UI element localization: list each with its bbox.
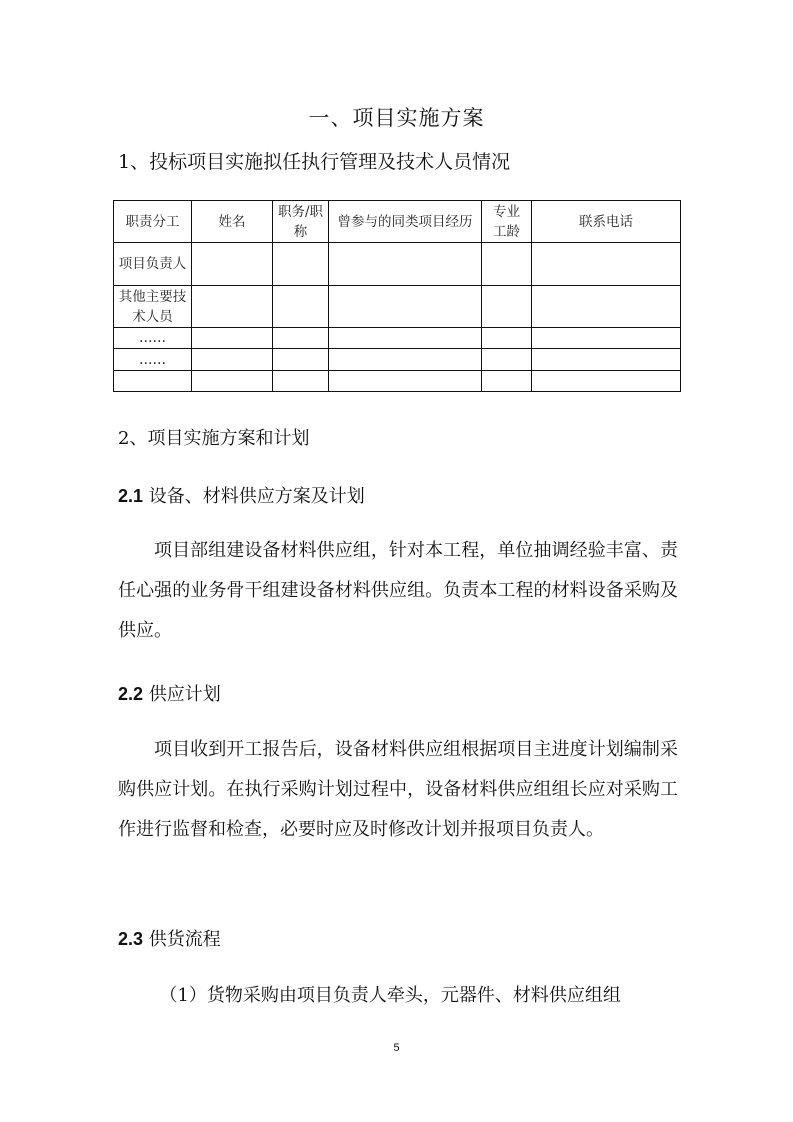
table-cell (532, 371, 681, 392)
table-cell (532, 243, 681, 286)
subsection-number: 2.3 (118, 929, 143, 949)
table-row: …… (114, 349, 681, 371)
table-cell (273, 243, 329, 286)
subsection-2-2-heading: 2.2 供应计划 (118, 680, 221, 706)
table-cell: …… (114, 328, 192, 349)
header-cell-years: 专业工龄 (482, 201, 532, 243)
table-row (114, 371, 681, 392)
table-cell (273, 349, 329, 371)
subsection-2-2-body: 项目收到开工报告后，设备材料供应组根据项目主进度计划编制采购供应计划。在执行采购… (118, 730, 678, 850)
table-cell (192, 371, 273, 392)
section-2-heading: 2、项目实施方案和计划 (118, 424, 309, 450)
subsection-number: 2.1 (118, 486, 143, 506)
page-number: 5 (0, 1042, 793, 1054)
table-cell (482, 349, 532, 371)
subsection-2-1-body: 项目部组建设备材料供应组，针对本工程，单位抽调经验丰富、责任心强的业务骨干组建设… (118, 531, 678, 651)
document-page: 一、项目实施方案 1、投标项目实施拟任执行管理及技术人员情况 职责分工 姓名 职… (0, 0, 793, 1122)
header-cell-title: 职务/职称 (273, 201, 329, 243)
table-cell (273, 328, 329, 349)
table-header-row: 职责分工 姓名 职务/职称 曾参与的同类项目经历 专业工龄 联系电话 (114, 201, 681, 243)
table-cell (329, 349, 482, 371)
table-cell (532, 328, 681, 349)
table-cell: 项目负责人 (114, 243, 192, 286)
table-cell (192, 328, 273, 349)
table-row: 其他主要技术人员 (114, 286, 681, 328)
subsection-number: 2.2 (118, 684, 143, 704)
section-1-heading: 1、投标项目实施拟任执行管理及技术人员情况 (118, 147, 510, 174)
table-cell (482, 328, 532, 349)
subsection-title: 设备、材料供应方案及计划 (149, 486, 365, 507)
subsection-title: 供应计划 (149, 684, 221, 705)
subsection-2-3-body: （1）货物采购由项目负责人牵头，元器件、材料供应组组 (118, 976, 678, 1016)
subsection-2-1-heading: 2.1 设备、材料供应方案及计划 (118, 482, 365, 508)
table-cell (532, 349, 681, 371)
table-cell (192, 349, 273, 371)
table-cell (329, 286, 482, 328)
table-row: …… (114, 328, 681, 349)
table-cell (329, 328, 482, 349)
header-cell-role: 职责分工 (114, 201, 192, 243)
table-cell: …… (114, 349, 192, 371)
table-cell (482, 371, 532, 392)
table-cell (532, 286, 681, 328)
header-cell-phone: 联系电话 (532, 201, 681, 243)
table-cell (273, 286, 329, 328)
subsection-title: 供货流程 (149, 929, 221, 950)
table-cell (273, 371, 329, 392)
table-cell (482, 243, 532, 286)
header-cell-experience: 曾参与的同类项目经历 (329, 201, 482, 243)
table-cell (114, 371, 192, 392)
table-row: 项目负责人 (114, 243, 681, 286)
header-cell-name: 姓名 (192, 201, 273, 243)
document-title: 一、项目实施方案 (0, 102, 793, 132)
table-cell: 其他主要技术人员 (114, 286, 192, 328)
table-cell (192, 286, 273, 328)
table-cell (482, 286, 532, 328)
staff-table: 职责分工 姓名 职务/职称 曾参与的同类项目经历 专业工龄 联系电话 项目负责人… (113, 200, 681, 392)
table-cell (329, 371, 482, 392)
table-cell (329, 243, 482, 286)
table-cell (192, 243, 273, 286)
subsection-2-3-heading: 2.3 供货流程 (118, 925, 221, 951)
